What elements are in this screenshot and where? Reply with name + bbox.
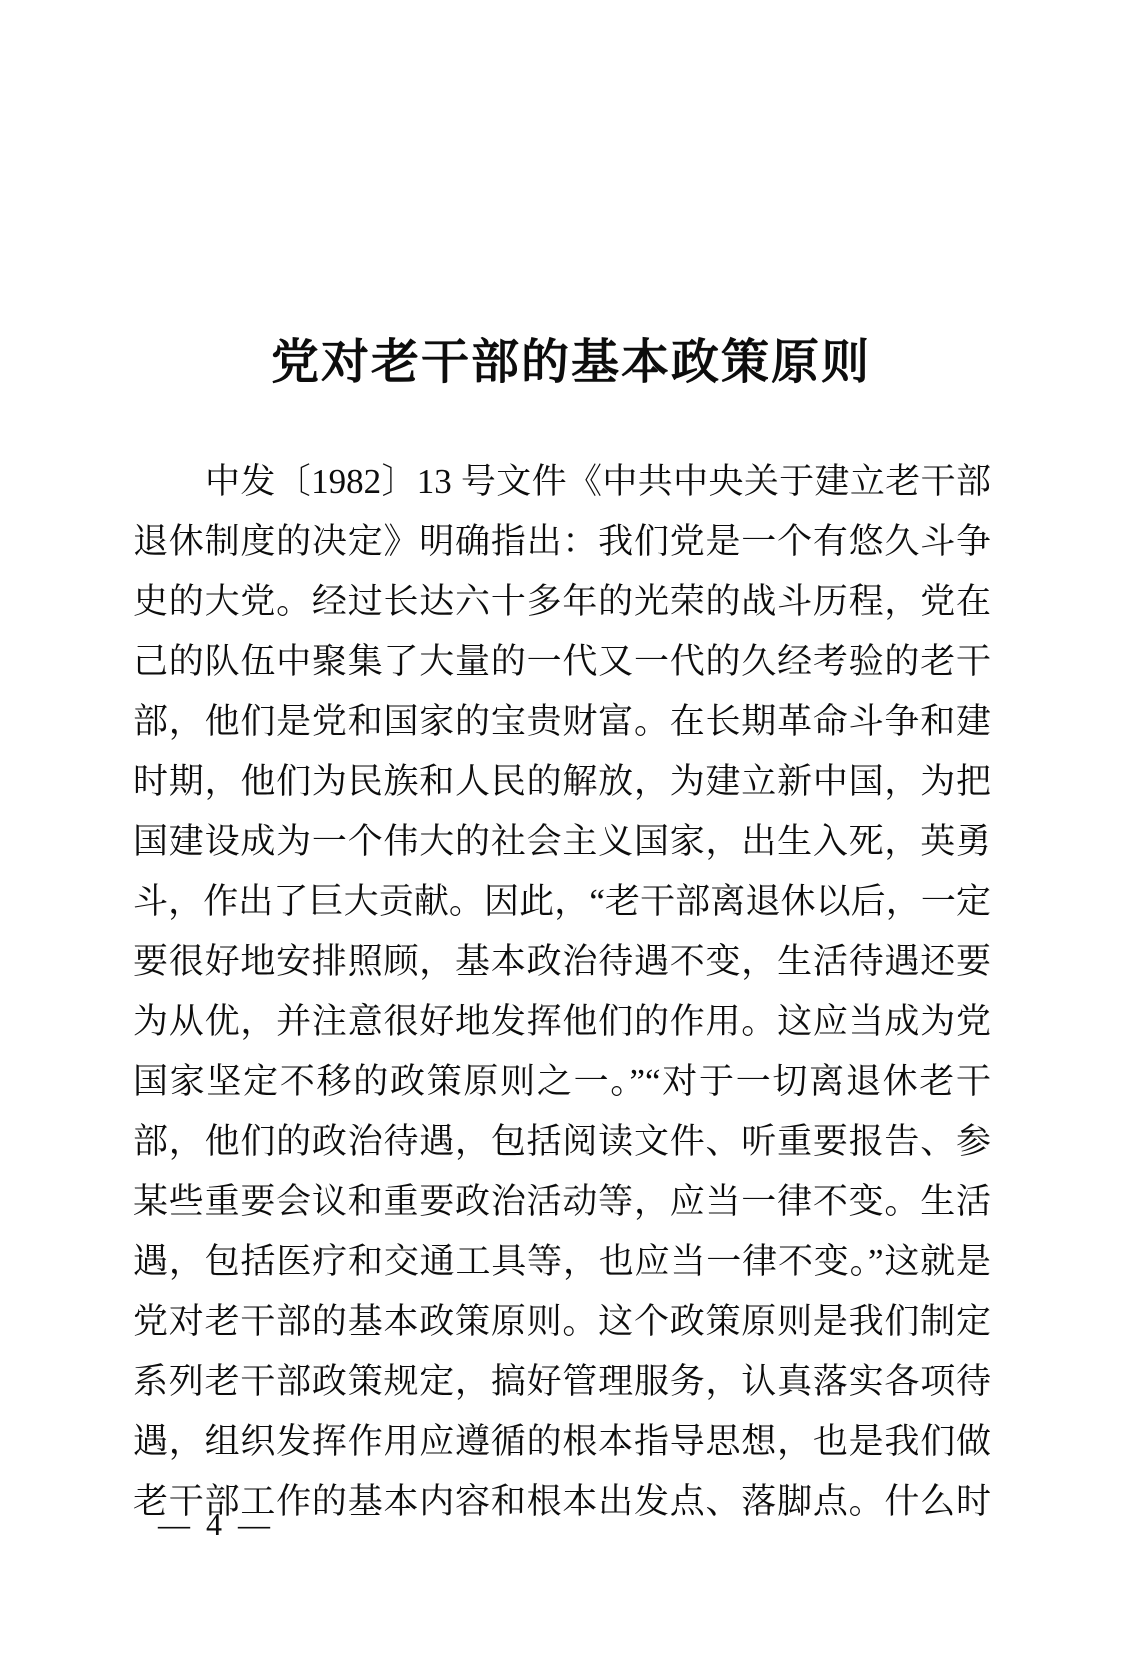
- paragraph-line: 党对老干部的基本政策原则。这个政策原则是我们制定一: [133, 1292, 991, 1352]
- paragraph-line: 要很好地安排照顾，基本政治待遇不变，生活待遇还要略: [133, 932, 991, 992]
- paragraph-line: 系列老干部政策规定，搞好管理服务，认真落实各项待: [133, 1352, 991, 1412]
- paragraph-line: 中发〔1982〕13 号文件《中共中央关于建立老干部: [133, 452, 991, 512]
- paragraph-line: 部，他们的政治待遇，包括阅读文件、听重要报告、参加: [133, 1112, 991, 1172]
- paragraph-line: 部，他们是党和国家的宝贵财富。在长期革命斗争和建设: [133, 692, 991, 752]
- document-title: 党对老干部的基本政策原则: [0, 334, 1142, 392]
- paragraph-line: 某些重要会议和重要政治活动等，应当一律不变。生活待: [133, 1172, 991, 1232]
- paragraph-line: 斗，作出了巨大贡献。因此，“老干部离退休以后，一定: [133, 872, 991, 932]
- paragraph-line: 己的队伍中聚集了大量的一代又一代的久经考验的老干: [133, 632, 991, 692]
- paragraph-line: 为从优，并注意很好地发挥他们的作用。这应当成为党和: [133, 992, 991, 1052]
- document-page: 党对老干部的基本政策原则 中发〔1982〕13 号文件《中共中央关于建立老干部 …: [0, 0, 1142, 1654]
- paragraph-line: 时期，他们为民族和人民的解放，为建立新中国，为把我: [133, 752, 991, 812]
- page-number: — 4 —: [158, 1502, 274, 1546]
- paragraph-line: 遇，包括医疗和交通工具等，也应当一律不变。”这就是: [133, 1232, 991, 1292]
- paragraph-line: 退休制度的决定》明确指出：我们党是一个有悠久斗争历: [133, 512, 991, 572]
- paragraph-line: 国建设成为一个伟大的社会主义国家，出生入死，英勇奋: [133, 812, 991, 872]
- paragraph-line: 史的大党。经过长达六十多年的光荣的战斗历程，党在自: [133, 572, 991, 632]
- paragraph: 中发〔1982〕13 号文件《中共中央关于建立老干部 退休制度的决定》明确指出：…: [133, 452, 991, 1532]
- paragraph-line: 遇，组织发挥作用应遵循的根本指导思想，也是我们做好: [133, 1412, 991, 1472]
- paragraph-line: 国家坚定不移的政策原则之一。”“对于一切离退休老干: [133, 1052, 991, 1112]
